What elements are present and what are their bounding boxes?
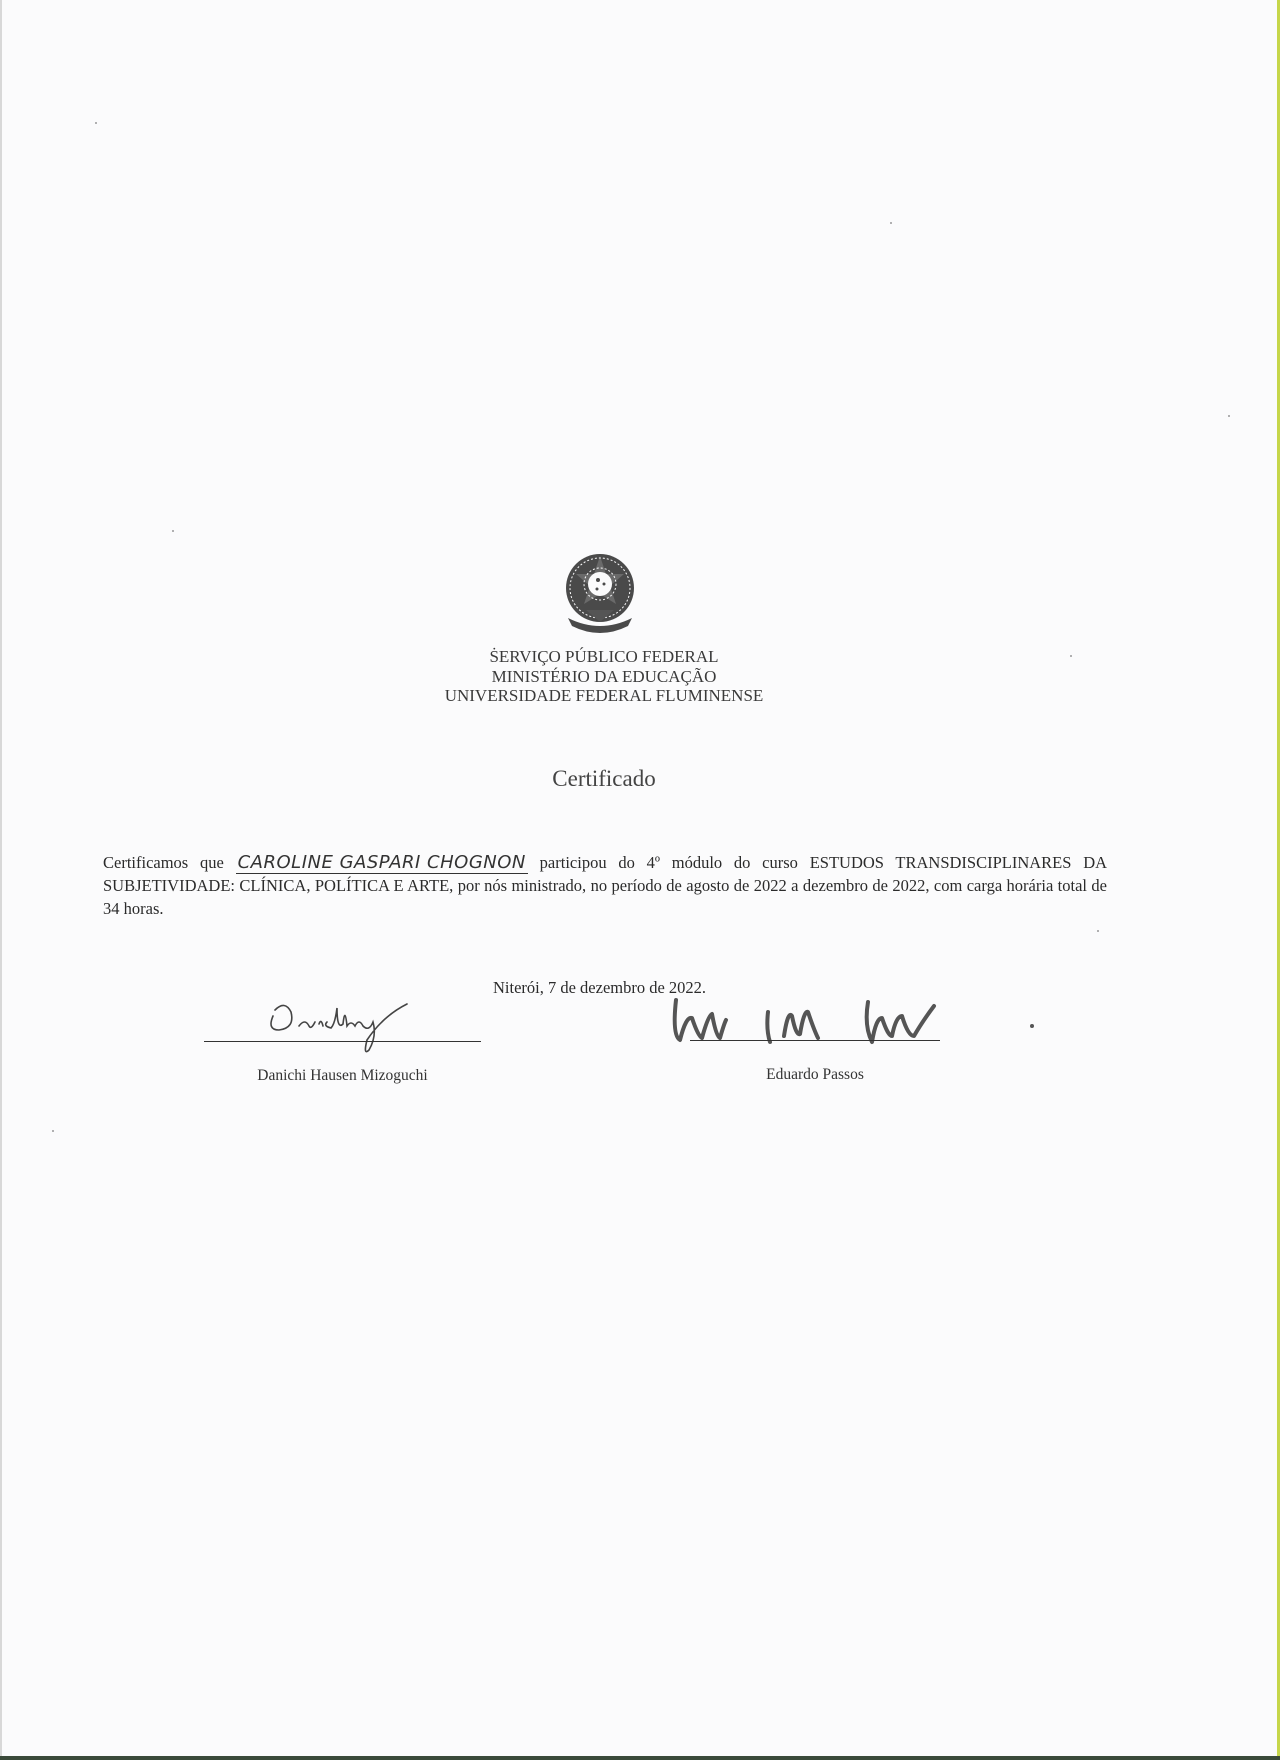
handwritten-signature-icon	[668, 996, 1058, 1046]
scan-edge-left	[0, 0, 2, 1760]
scan-speck	[1097, 930, 1099, 932]
scan-speck	[52, 1130, 54, 1132]
header-line-1: ṠERVIÇO PÚBLICO FEDERAL	[0, 647, 1208, 667]
body-intro: Certificamos que	[103, 853, 224, 872]
brazil-coat-of-arms-icon	[558, 548, 642, 638]
certificate-body: Certificamos que CAROLINE GASPARI CHOGNO…	[103, 851, 1107, 920]
signatory-name-right: Eduardo Passos	[690, 1066, 940, 1084]
signature-line-right	[690, 1040, 940, 1041]
signatory-name-left: Danichi Hausen Mizoguchi	[204, 1067, 481, 1085]
handwritten-recipient-name: CAROLINE GASPARI CHOGNON	[236, 853, 528, 874]
institution-header: ṠERVIÇO PÚBLICO FEDERAL MINISTÉRIO DA ED…	[0, 647, 1208, 706]
signature-line-left	[204, 1041, 481, 1042]
scan-speck	[172, 530, 174, 532]
scan-edge-bottom	[0, 1756, 1280, 1760]
handwritten-signature-icon	[265, 996, 425, 1056]
place-date: Niterói, 7 de dezembro de 2022.	[493, 978, 706, 998]
scan-speck	[95, 122, 97, 124]
header-line-2: MINISTÉRIO DA EDUCAÇÃO	[0, 667, 1208, 687]
header-line-3: UNIVERSIDADE FEDERAL FLUMINENSE	[0, 686, 1208, 706]
certificate-title: Certificado	[0, 766, 1208, 792]
scan-speck	[890, 222, 892, 224]
scan-speck	[1228, 415, 1230, 417]
